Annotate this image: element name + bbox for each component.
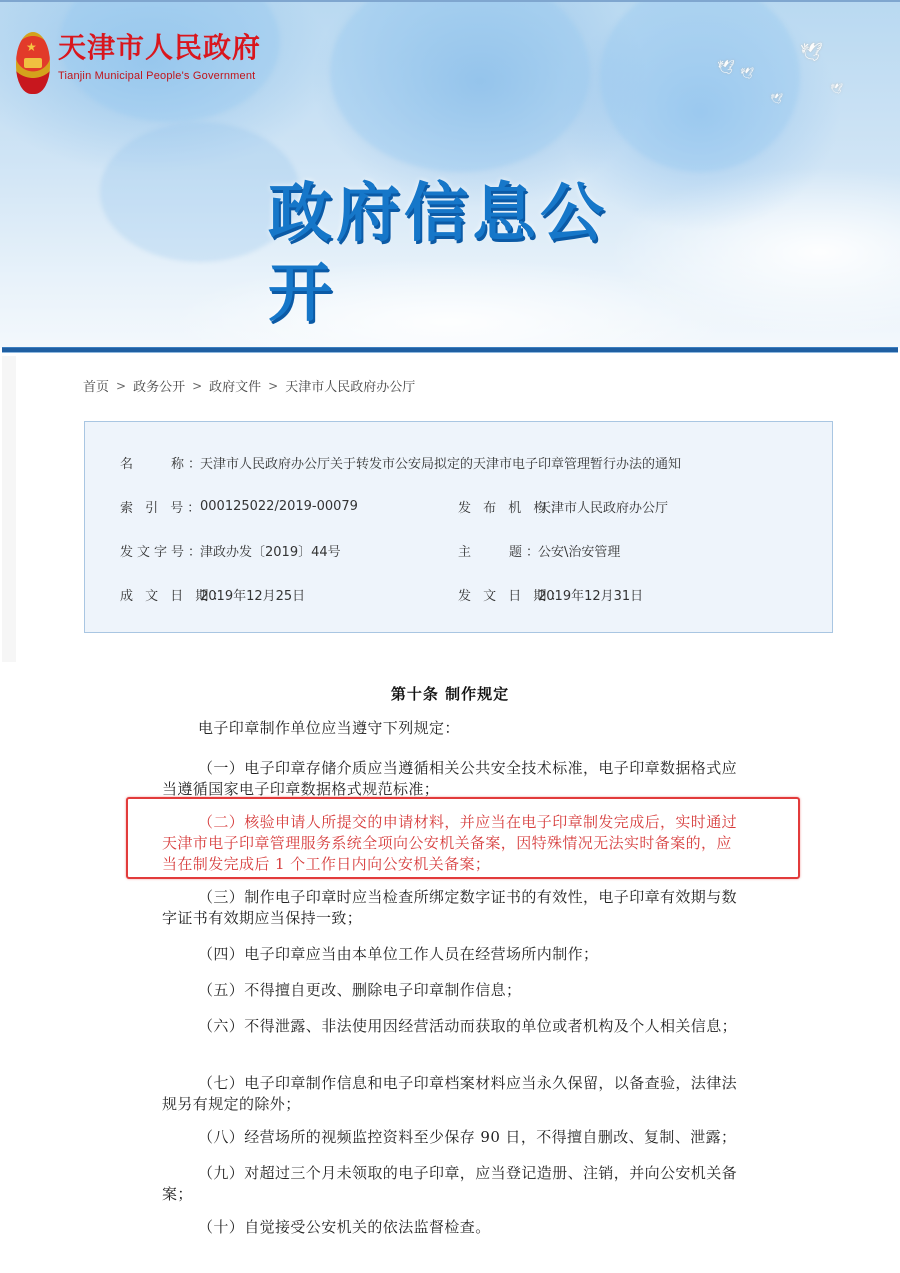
- article-item-10: （十）自觉接受公安机关的依法监督检查。: [162, 1217, 747, 1238]
- banner-decoration: [330, 0, 590, 172]
- site-logo[interactable]: 天津市人民政府 Tianjin Municipal People's Gover…: [16, 28, 261, 94]
- article-item-8: （八）经营场所的视频监控资料至少保存 90 日，不得擅自删改、复制、泄露；: [162, 1127, 747, 1148]
- breadcrumb: 首页 > 政务公开 > 政府文件 > 天津市人民政府办公厅: [83, 376, 415, 395]
- article-title: 第十条 制作规定: [0, 683, 900, 704]
- article-item-9: （九）对超过三个月未领取的电子印章，应当登记造册、注销，并向公安机关备案；: [162, 1163, 747, 1205]
- site-banner: 🕊 🕊 🕊 🕊 🕊 天津市人民政府 Tianjin Municipal Peop…: [0, 0, 900, 348]
- meta-subject-label: 主 题：: [458, 541, 538, 560]
- meta-publisher-value: 天津市人民政府办公厅: [538, 497, 668, 516]
- breadcrumb-government-affairs[interactable]: 政务公开: [133, 376, 185, 395]
- meta-name-row: 名 称： 天津市人民政府办公厅关于转发市公安局拟定的天津市电子印章管理暂行办法的…: [120, 452, 681, 472]
- meta-docno-value: 津政办发〔2019〕44号: [200, 541, 341, 560]
- article-item-1: （一）电子印章存储介质应当遵循相关公共安全技术标准，电子印章数据格式应当遵循国家…: [162, 758, 747, 800]
- meta-subject-value: 公安\治安管理: [538, 541, 620, 560]
- meta-publisher-row: 发 布 机 构： 天津市人民政府办公厅: [458, 496, 668, 516]
- meta-name-value: 天津市人民政府办公厅关于转发市公安局拟定的天津市电子印章管理暂行办法的通知: [200, 453, 681, 472]
- meta-index-value: 000125022/2019-00079: [200, 499, 358, 514]
- meta-subject-row: 主 题： 公安\治安管理: [458, 540, 620, 560]
- meta-index-label: 索 引 号：: [120, 497, 200, 516]
- article-item-4: （四）电子印章应当由本单位工作人员在经营场所内制作；: [162, 944, 747, 965]
- breadcrumb-separator-icon: >: [192, 379, 202, 393]
- meta-written-date-label: 成 文 日 期：: [120, 585, 200, 604]
- meta-issue-date-label: 发 文 日 期：: [458, 585, 538, 604]
- meta-issue-date-row: 发 文 日 期： 2019年12月31日: [458, 584, 643, 604]
- article-item-3: （三）制作电子印章时应当检查所绑定数字证书的有效性，电子印章有效期与数字证书有效…: [162, 887, 747, 929]
- meta-issue-date-value: 2019年12月31日: [538, 585, 643, 604]
- dove-icon: 🕊: [770, 94, 783, 105]
- page-side-shadow: [2, 356, 16, 662]
- dove-icon: 🕊: [717, 60, 735, 76]
- banner-title: 政府信息公开: [268, 174, 668, 334]
- breadcrumb-separator-icon: >: [268, 379, 278, 393]
- meta-index-row: 索 引 号： 000125022/2019-00079: [120, 496, 358, 516]
- article-item-7: （七）电子印章制作信息和电子印章档案材料应当永久保留，以备查验，法律法规另有规定…: [162, 1073, 747, 1115]
- article-intro: 电子印章制作单位应当遵守下列规定：: [162, 718, 747, 739]
- article-item-6: （六）不得泄露、非法使用因经营活动而获取的单位或者机构及个人相关信息；: [162, 1016, 747, 1037]
- national-emblem-icon: [16, 32, 50, 94]
- meta-docno-row: 发文字号： 津政办发〔2019〕44号: [120, 540, 341, 560]
- dove-icon: 🕊: [830, 84, 843, 95]
- banner-decoration: [600, 0, 800, 172]
- breadcrumb-separator-icon: >: [116, 379, 126, 393]
- meta-name-label: 名 称：: [120, 453, 200, 472]
- breadcrumb-government-documents[interactable]: 政府文件: [209, 376, 261, 395]
- breadcrumb-home[interactable]: 首页: [83, 376, 109, 395]
- header-divider-bar: [2, 347, 898, 353]
- document-metadata-panel: 名 称： 天津市人民政府办公厅关于转发市公安局拟定的天津市电子印章管理暂行办法的…: [84, 421, 833, 633]
- article-item-2-highlighted: （二）核验申请人所提交的申请材料，并应当在电子印章制发完成后，实时通过天津市电子…: [162, 812, 747, 875]
- logo-chinese-name: 天津市人民政府: [58, 28, 261, 68]
- dove-icon: 🕊: [740, 67, 754, 80]
- breadcrumb-general-office[interactable]: 天津市人民政府办公厅: [285, 376, 415, 395]
- article-item-5: （五）不得擅自更改、删除电子印章制作信息；: [162, 980, 747, 1001]
- meta-docno-label: 发文字号：: [120, 541, 200, 560]
- logo-english-name: Tianjin Municipal People's Government: [58, 70, 261, 82]
- meta-written-date-value: 2019年12月25日: [200, 585, 305, 604]
- dove-icon: 🕊: [800, 42, 823, 63]
- meta-written-date-row: 成 文 日 期： 2019年12月25日: [120, 584, 305, 604]
- meta-publisher-label: 发 布 机 构：: [458, 497, 538, 516]
